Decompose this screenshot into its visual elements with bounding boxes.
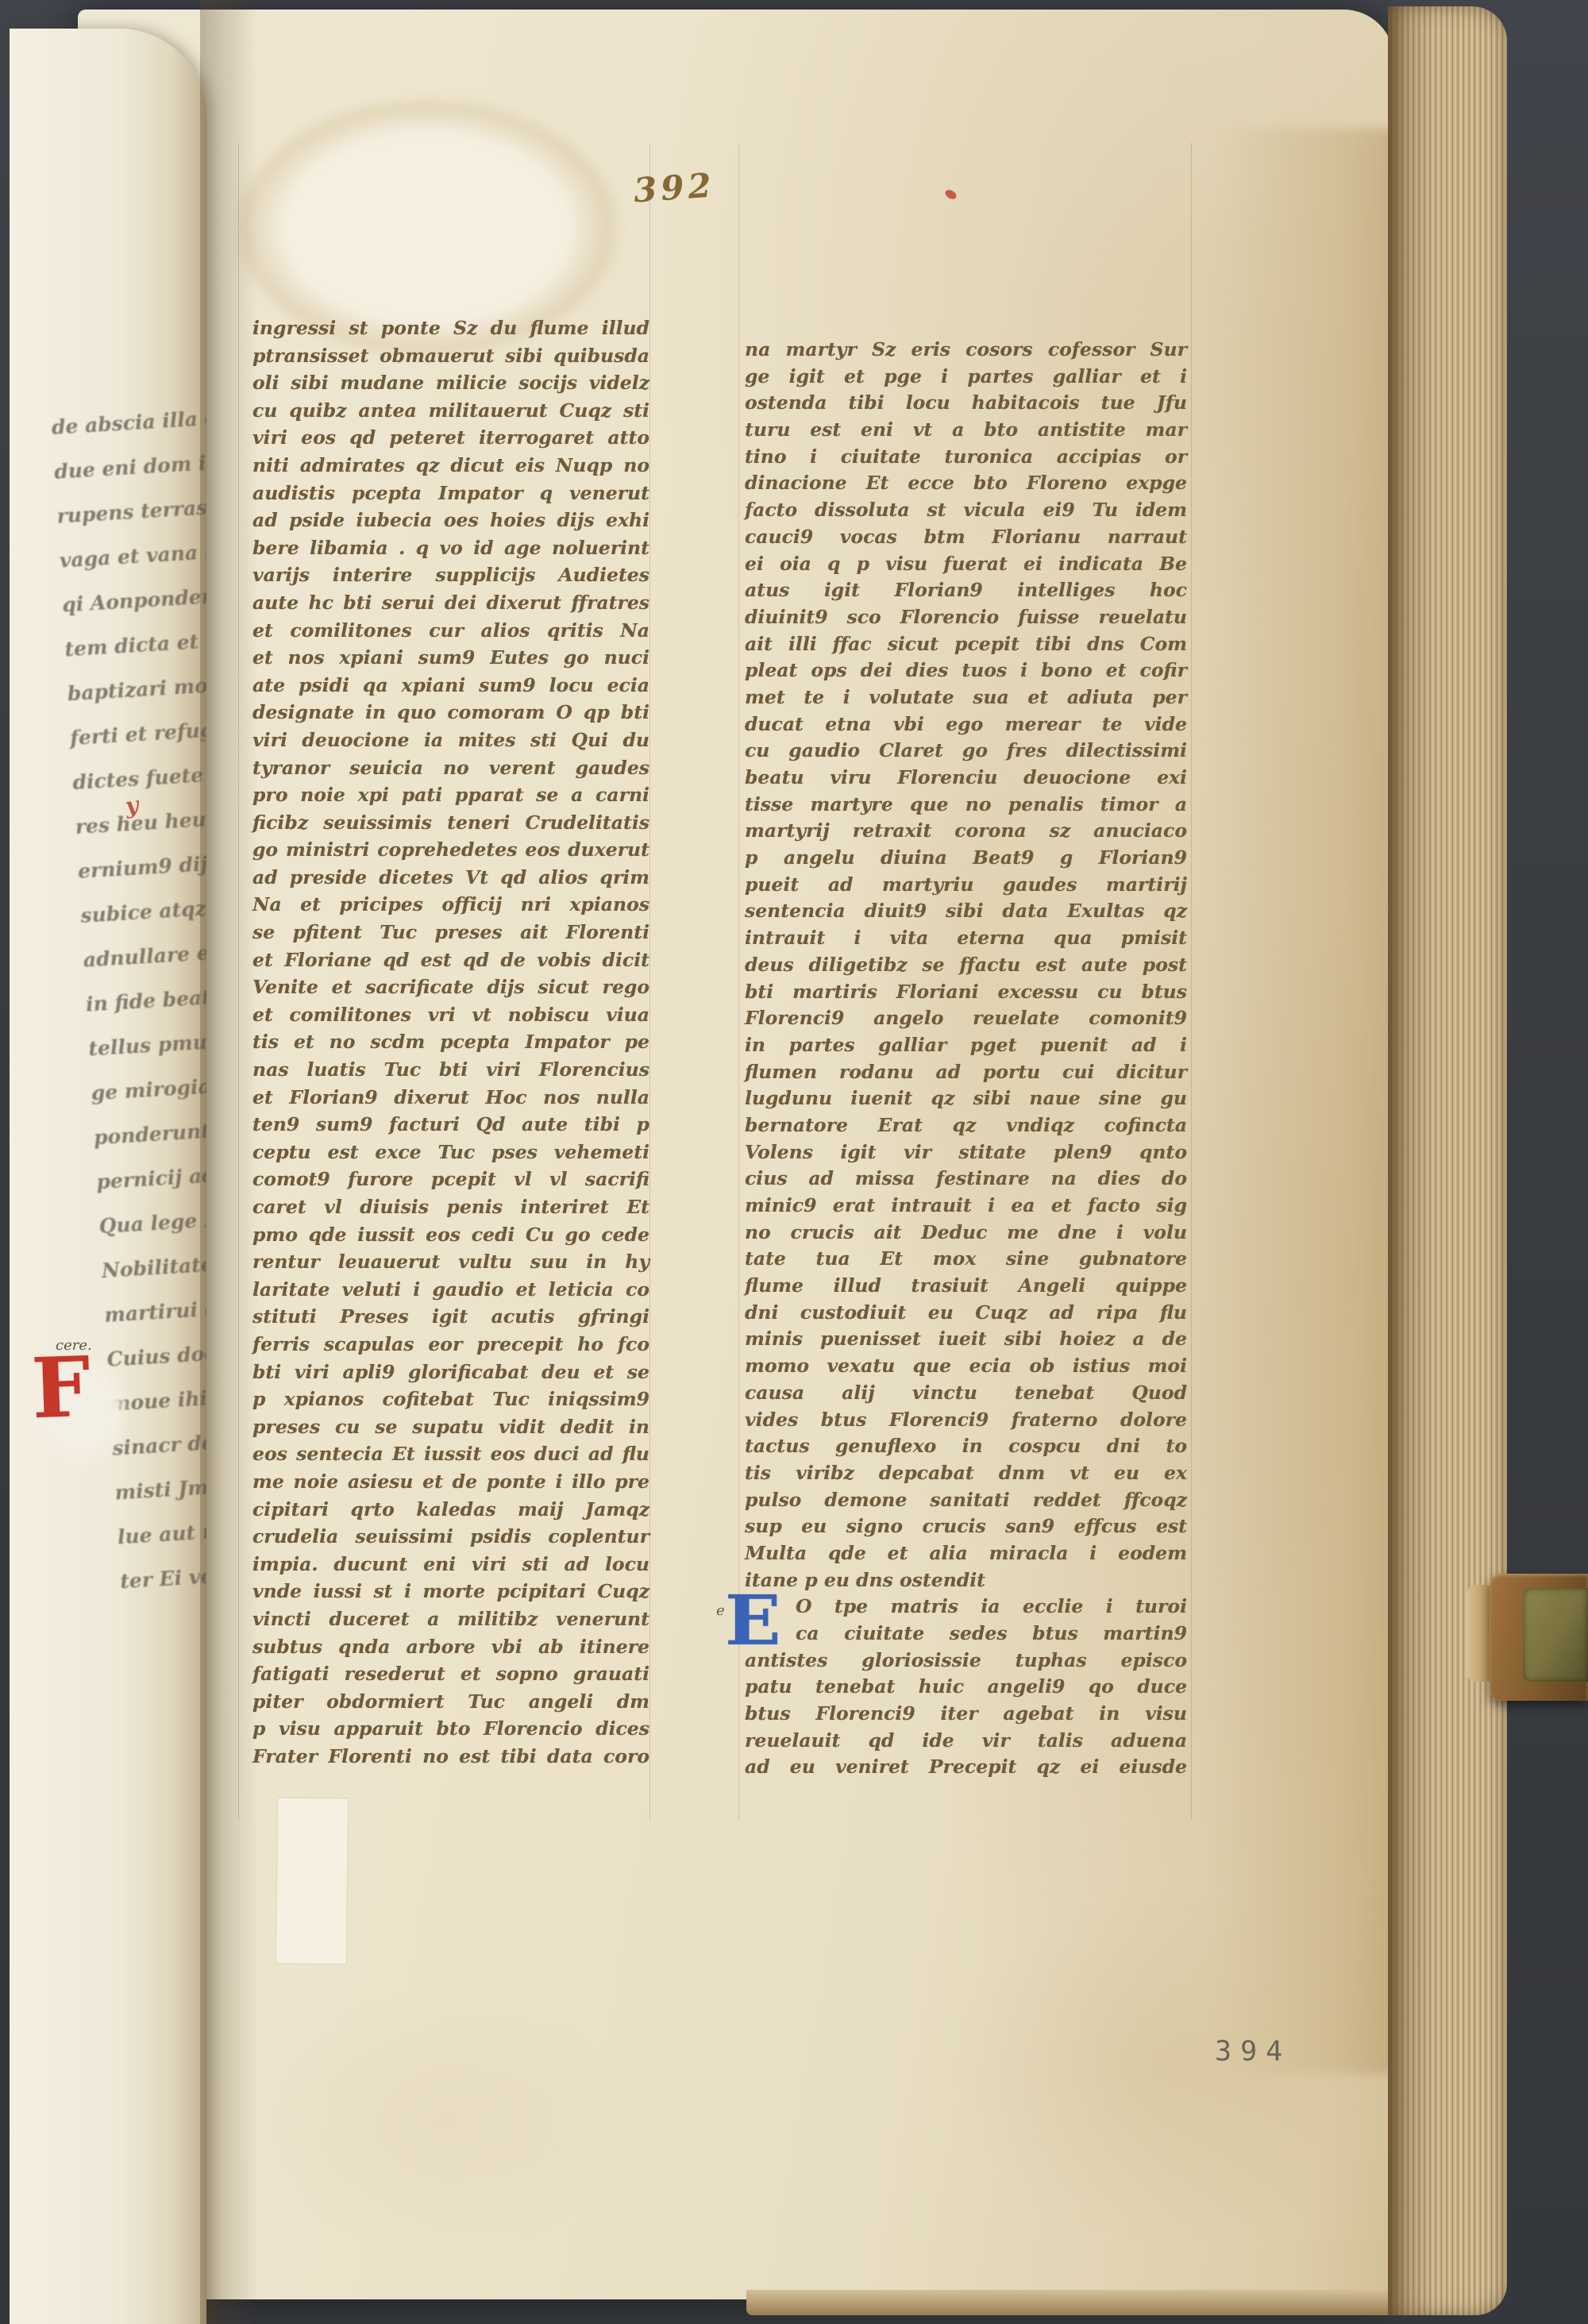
- manuscript-line: tyranor seuicia no verent gaudes: [252, 754, 649, 782]
- manuscript-line: bernatore Erat qz vndiqz cofincta: [745, 1112, 1187, 1139]
- photo-background: 392 ingressi st ponte Sz du flume illudp…: [0, 0, 1588, 2324]
- manuscript-line: ferris scapulas eor precepit ho fco: [252, 1331, 649, 1359]
- manuscript-line: intrauit i vita eterna qua pmisit: [745, 925, 1187, 952]
- ruling-line: [238, 143, 239, 1820]
- folio-number-top: 392: [632, 165, 716, 210]
- manuscript-line: Frater Florenti no est tibi data coro: [252, 1743, 649, 1771]
- guide-letter-e: e: [716, 1602, 725, 1619]
- bottom-page-edges: [746, 2290, 1470, 2315]
- manuscript-line: cipitari qrto kaledas maij Jamqz: [252, 1496, 649, 1524]
- text-fragment: ponderunt iuncta hec ibi: [92, 1107, 206, 1160]
- manuscript-line: ingressi st ponte Sz du flume illud: [252, 314, 649, 342]
- water-stain: [912, 1860, 1420, 2272]
- ruling-line: [649, 143, 650, 1820]
- manuscript-line: itane p eu dns ostendit: [745, 1567, 1187, 1594]
- manuscript-page: 392 ingressi st ponte Sz du flume illudp…: [78, 10, 1394, 2299]
- folio-number-stamp: 394: [1215, 2036, 1291, 2068]
- manuscript-line: crudelia seuissimi psidis coplentur: [252, 1523, 649, 1551]
- manuscript-line: beatu viru Florenciu deuocione exi: [745, 765, 1187, 792]
- text-fragment: subice atqz aut rem mir: [79, 885, 206, 938]
- text-fragment: in fide beati Floreti et: [85, 973, 206, 1027]
- text-fragment: ernium9 dijs nris Jhm er: [77, 841, 206, 894]
- text-fragment: martirui cpi seru Et ad: [103, 1285, 206, 1338]
- manuscript-line: ptransisset obmauerut sibi quibusda: [252, 342, 649, 370]
- manuscript-line: cu gaudio Claret go fres dilectissimi: [745, 738, 1187, 765]
- manuscript-line: se pfitent Tuc preses ait Florenti: [252, 919, 649, 946]
- text-fragment: tellus pmu fructu dei sco: [87, 1018, 206, 1071]
- manuscript-line: O tpe matris ia ecclie i turoi: [745, 1594, 1187, 1621]
- manuscript-line: p angelu diuina Beat9 g Florian9: [745, 845, 1187, 872]
- manuscript-line: tino i ciuitate turonica accipias or: [745, 444, 1187, 471]
- manuscript-line: bere libamia . q vo id age noluerint: [252, 534, 649, 562]
- text-fragment: adnullare erit qui irrit: [82, 930, 206, 983]
- manuscript-line: subtus qnda arbore vbi ab itinere: [252, 1633, 649, 1661]
- manuscript-line: reuelauit qd ide vir talis aduena: [745, 1728, 1187, 1755]
- previous-page-edge: de abscia illa et rarissedue eni dom ill…: [10, 29, 206, 2324]
- manuscript-line: go ministri coprehedetes eos duxerut: [252, 836, 649, 864]
- water-stain: [221, 1971, 665, 2272]
- manuscript-line: cius ad missa festinare na dies do: [745, 1166, 1187, 1193]
- manuscript-line: diuinit9 sco Florencio fuisse reuelatu: [745, 604, 1187, 631]
- manuscript-line: viri deuocione ia mites sti Qui du: [252, 726, 649, 754]
- manuscript-line: ten9 sum9 facturi Qd aute tibi p: [252, 1111, 649, 1139]
- manuscript-line: fatigati resederut et sopno grauati: [252, 1660, 649, 1688]
- manuscript-line: martyrij retraxit corona sz anuciaco: [745, 818, 1187, 845]
- manuscript-line: pueit ad martyriu gaudes martirij: [745, 872, 1187, 899]
- manuscript-line: ge igit et pge i partes galliar et i: [745, 364, 1187, 391]
- manuscript-line: piter obdormiert Tuc angeli dm: [252, 1688, 649, 1716]
- manuscript-line: pro noie xpi pati pparat se a carni: [252, 781, 649, 809]
- manuscript-line: vnde iussi st i morte pcipitari Cuqz: [252, 1578, 649, 1605]
- ruling-line: [738, 143, 739, 1820]
- manuscript-line: ei oia q p visu fuerat ei indicata Be: [745, 551, 1187, 578]
- manuscript-line: pulso demone sanitati reddet ffcoqz: [745, 1487, 1187, 1514]
- manuscript-line: nas luatis Tuc bti viri Florencius: [252, 1056, 649, 1084]
- manuscript-line: ca ciuitate sedes btus martin9: [745, 1621, 1187, 1648]
- manuscript-line: ducat etna vbi ego merear te vide: [745, 711, 1187, 738]
- manuscript-line: ad pside iubecia oes hoies dijs exhi: [252, 507, 649, 534]
- manuscript-line: dni custodiuit eu Cuqz ad ripa flu: [745, 1300, 1187, 1327]
- manuscript-line: et Florian9 dixerut Hoc nos nulla: [252, 1084, 649, 1112]
- manuscript-line: viri eos qd peteret iterrogaret atto: [252, 424, 649, 452]
- text-fragment: baptizari mode rei mir: [66, 663, 206, 716]
- manuscript-line: Na et pricipes officij nri xpianos: [252, 891, 649, 919]
- manuscript-line: ad eu veniret Precepit qz ei eiusde: [745, 1754, 1187, 1781]
- manuscript-line: flume illud trasiuit Angeli quippe: [745, 1273, 1187, 1300]
- manuscript-line: Multa qde et alia miracla i eodem: [745, 1540, 1187, 1567]
- text-column-left: ingressi st ponte Sz du flume illudptran…: [252, 314, 649, 1770]
- manuscript-line: lugdunu iuenit qz sibi naue sine gu: [745, 1085, 1187, 1112]
- manuscript-line: minic9 erat intrauit i ea et facto sig: [745, 1193, 1187, 1220]
- text-fragment: ge mirogian qd putre ad: [90, 1062, 206, 1116]
- manuscript-line: deus diligetibz se ffactu est aute post: [745, 952, 1187, 979]
- manuscript-line: et comilitones vri vt nobiscu viua: [252, 1001, 649, 1029]
- manuscript-line: audistis pcepta Impator q venerut: [252, 480, 649, 507]
- manuscript-line: Florenci9 angelo reuelate comonit9: [745, 1005, 1187, 1032]
- manuscript-line: Venite et sacrificate dijs sicut rego: [252, 973, 649, 1001]
- manuscript-line: in partes galliar pget puenit ad i: [745, 1032, 1187, 1059]
- manuscript-line: designate in quo comoram O qp bti: [252, 699, 649, 726]
- text-fragment: res heu heu nos miseri d: [74, 796, 206, 850]
- manuscript-line: oli sibi mudane milicie socijs videlz: [252, 369, 649, 397]
- manuscript-line: sentencia diuit9 sibi data Exultas qz: [745, 898, 1187, 925]
- manuscript-line: rentur leuauerut vultu suu in hy: [252, 1248, 649, 1276]
- text-fragment: Nobilitates eni ac senus s: [100, 1240, 206, 1293]
- manuscript-line: vides btus Florenci9 fraterno dolore: [745, 1407, 1187, 1434]
- manuscript-line: et Floriane qd est qd de vobis dicit: [252, 946, 649, 974]
- manuscript-line: aute hc bti serui dei dixerut ffratres: [252, 589, 649, 617]
- manuscript-line: na martyr Sz eris cosors cofessor Sur: [745, 337, 1187, 364]
- manuscript-line: atus igit Florian9 intelliges hoc: [745, 577, 1187, 604]
- manuscript-line: antistes gloriosissie tuphas episco: [745, 1648, 1187, 1675]
- manuscript-line: patu tenebat huic angeli9 qo duce: [745, 1674, 1187, 1701]
- manuscript-line: ostenda tibi locu habitacois tue Jfu: [745, 390, 1187, 417]
- text-fragment: lue aut mides pelide nos: [116, 1506, 206, 1559]
- manuscript-line: tisse martyre que no penalis timor a: [745, 792, 1187, 819]
- manuscript-line: p visu apparuit bto Florencio dices: [252, 1715, 649, 1743]
- ruling-line: [1191, 143, 1192, 1820]
- manuscript-line: tis et no scdm pcepta Impator pe: [252, 1028, 649, 1056]
- manuscript-line: vincti duceret a militibz venerunt: [252, 1605, 649, 1633]
- manuscript-line: ficibz seuissimis teneri Crudelitatis: [252, 809, 649, 837]
- manuscript-line: cu quibz antea militauerut Cuqz sti: [252, 397, 649, 425]
- manuscript-line: flumen rodanu ad portu cui dicitur: [745, 1059, 1187, 1086]
- manuscript-line: bti viri apli9 glorificabat deu et se: [252, 1359, 649, 1386]
- manuscript-line: impia. ducunt eni viri sti ad locu: [252, 1551, 649, 1578]
- manuscript-line: pleat ops dei dies tuos i bono et cofir: [745, 657, 1187, 684]
- manuscript-line: me noie asiesu et de ponte i illo pre: [252, 1468, 649, 1496]
- illuminated-initial-e: E: [725, 1590, 792, 1653]
- manuscript-line: Volens igit vir stitate plen9 qnto: [745, 1139, 1187, 1166]
- manuscript-line: bti martiris Floriani excessu cu btus: [745, 979, 1187, 1006]
- manuscript-line: et comilitones cur alios qritis Na: [252, 617, 649, 645]
- clasp-metal-fitting: [1523, 1588, 1588, 1682]
- manuscript-line: caret vl diuisis penis interiret Et: [252, 1193, 649, 1221]
- manuscript-line: ate psidi qa xpiani sum9 locu ecia: [252, 672, 649, 700]
- manuscript-line: tate tua Et mox sine gubnatore: [745, 1246, 1187, 1273]
- text-fragment: dictes fuete et feru capt: [71, 752, 206, 805]
- manuscript-line: turu est eni vt a bto antistite mar: [745, 417, 1187, 444]
- manuscript-line: met te i volutate sua et adiuta per: [745, 684, 1187, 711]
- manuscript-line: laritate veluti i gaudio et leticia co: [252, 1276, 649, 1304]
- manuscript-line: ad preside dicetes Vt qd alios qrim: [252, 864, 649, 892]
- gutter-stain: [1213, 129, 1396, 2074]
- manuscript-line: preses cu se supatu vidit dedit in: [252, 1413, 649, 1441]
- red-ink-mark: [944, 188, 958, 200]
- text-fragment: Qua lege Ille aut i hodi: [98, 1196, 206, 1249]
- manuscript-line: facto dissoluta st vicula ei9 Tu idem: [745, 497, 1187, 524]
- manuscript-line: dinacione Et ecce bto Floreno expge: [745, 470, 1187, 497]
- manuscript-line: ait illi ffac sicut pcepit tibi dns Com: [745, 631, 1187, 658]
- leather-clasp: [1490, 1574, 1588, 1701]
- manuscript-line: tactus genuflexo in cospcu dni to: [745, 1433, 1187, 1460]
- manuscript-line: et nos xpiani sum9 Eutes go nuci: [252, 644, 649, 672]
- manuscript-line: no crucis ait Deduc me dne i volu: [745, 1220, 1187, 1247]
- manuscript-line: tis viribz depcabat dnm vt eu ex: [745, 1460, 1187, 1487]
- manuscript-line: niti admirates qz dicut eis Nuqp no: [252, 452, 649, 480]
- manuscript-line: cauci9 vocas btm Florianu narraut: [745, 524, 1187, 551]
- manuscript-line: btus Florenci9 iter agebat in visu: [745, 1701, 1187, 1728]
- manuscript-line: varijs interire supplicijs Audietes: [252, 561, 649, 589]
- fore-edge-pages: [1388, 6, 1507, 2315]
- repair-patch: [276, 1798, 349, 1965]
- text-fragment: ferti et refugis xpiane Jh: [69, 707, 206, 761]
- manuscript-line: minis puenisset iueit sibi hoiez a de: [745, 1326, 1187, 1353]
- text-fragment: pernicij adnullari Cultis: [95, 1151, 206, 1204]
- manuscript-line: causa alij vinctu tenebat Quod: [745, 1380, 1187, 1407]
- manuscript-line: ceptu est exce Tuc pses vehemeti: [252, 1139, 649, 1166]
- manuscript-line: sup eu signo crucis san9 effcus est: [745, 1513, 1187, 1540]
- text-column-right: na martyr Sz eris cosors cofessor Surge …: [745, 337, 1187, 1781]
- manuscript-line: p xpianos cofitebat Tuc iniqssim9: [252, 1386, 649, 1413]
- manuscript-line: pmo qde iussit eos cedi Cu go cede: [252, 1221, 649, 1249]
- text-fragment: ter Ei venisse ad nu diu: [119, 1551, 206, 1604]
- text-fragment: tem dicta et illis qui ve: [64, 619, 206, 672]
- rubricated-initial-f: F: [30, 1347, 91, 1429]
- manuscript-line: stituti Preses igit acutis gfringi: [252, 1303, 649, 1331]
- manuscript-line: eos sentecia Et iussit eos duci ad flu: [252, 1440, 649, 1468]
- manuscript-line: comot9 furore pcepit vl vl sacrifi: [252, 1166, 649, 1193]
- manuscript-line: momo vexatu que ecia ob istius moi: [745, 1353, 1187, 1380]
